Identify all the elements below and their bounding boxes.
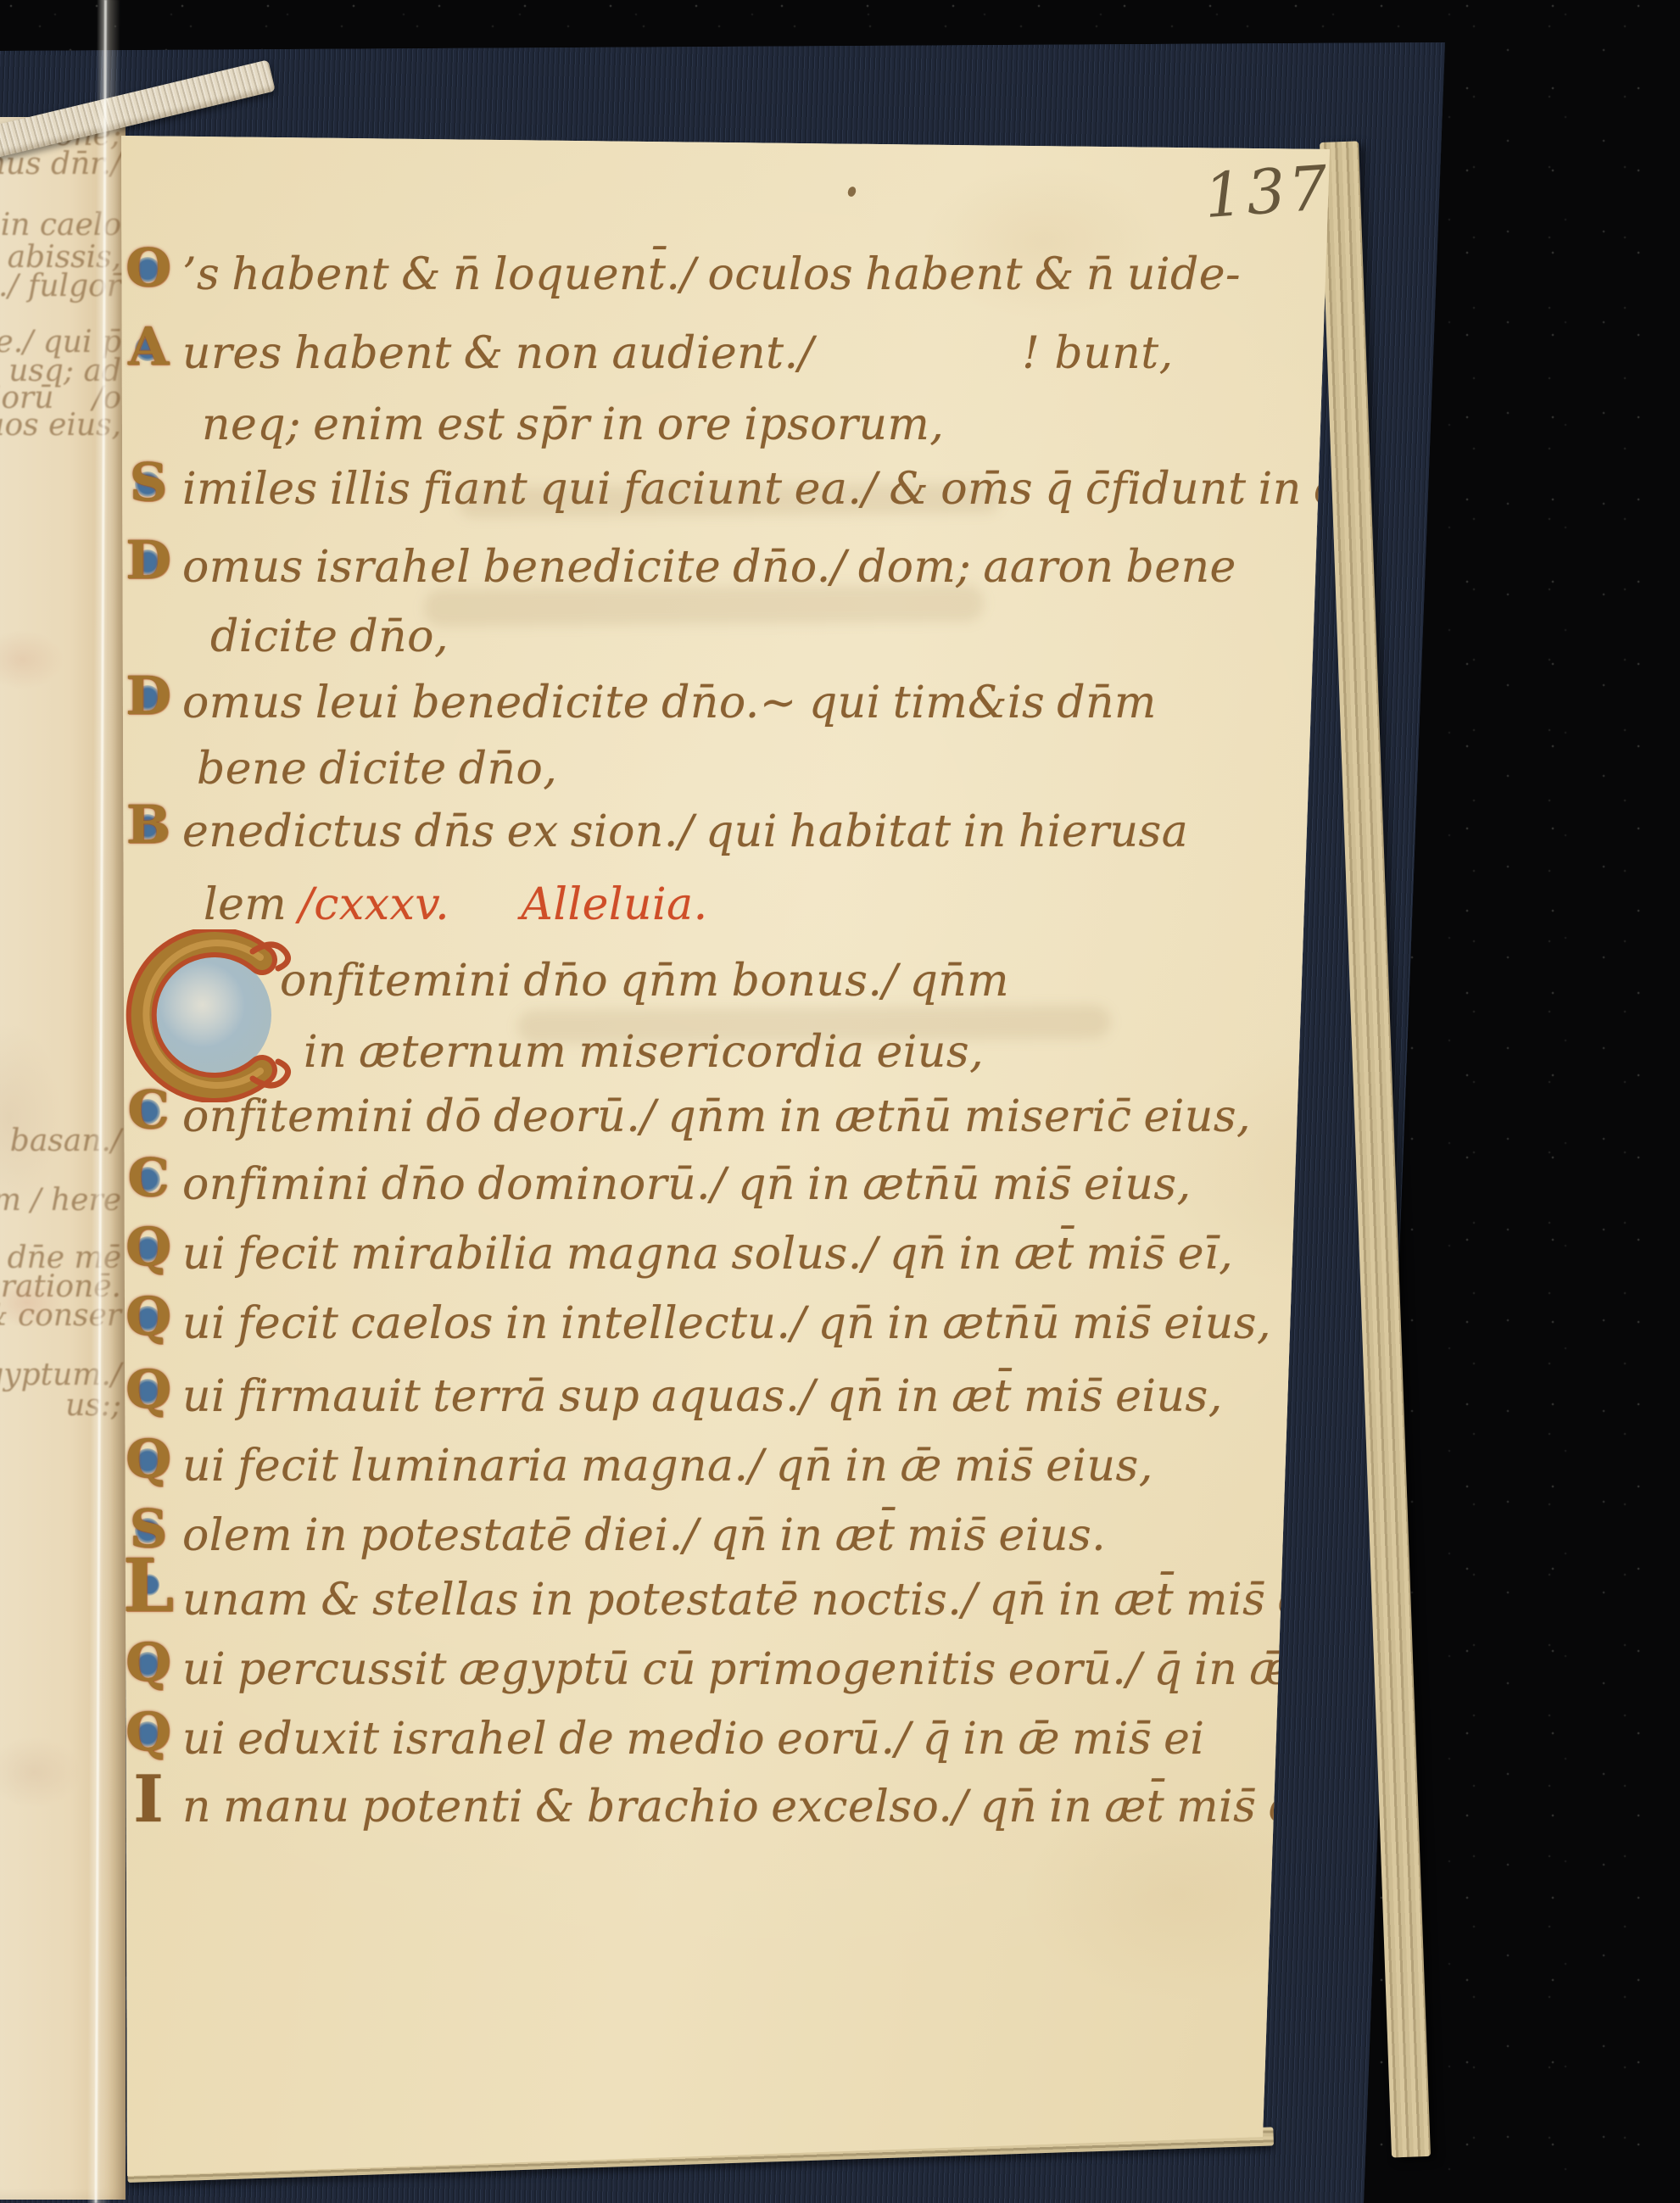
manuscript-line: n manu potenti & brachio excelso./ qn̄ i… xyxy=(182,1782,1324,1832)
manuscript-line: ui eduxit israhel de medio eorū./ q̄ in … xyxy=(182,1715,1205,1764)
folio-number: 137 xyxy=(1202,153,1333,230)
manuscript-line: ures habent & non audient./ xyxy=(182,329,814,378)
verse-text: ui eduxit israhel de medio eorū./ q̄ in … xyxy=(182,1714,1205,1765)
manuscript-line: neq; enim est sp̄r in ore ipsorum, xyxy=(202,400,944,449)
manuscript-line: ui percussit ægyptū cū primogenitis eorū… xyxy=(182,1645,1306,1694)
verse-text: ’s habent & n̄ loquent̄./ oculos habent … xyxy=(182,249,1241,300)
manuscript-line: ui fecit caelos in intellectu./ qn̄ in æ… xyxy=(182,1299,1271,1348)
verse-text: ui fecit caelos in intellectu./ qn̄ in æ… xyxy=(182,1298,1271,1349)
verse-text: lem xyxy=(204,879,299,930)
illuminated-initial: D xyxy=(120,668,176,728)
verse-text: unam & stellas in potestatē noctis./ qn̄… xyxy=(182,1575,1333,1626)
illuminated-initial: Q xyxy=(120,1704,176,1764)
verse-text: onfitemini dō deorū./ qn̄m in ætn̄ū mise… xyxy=(182,1091,1251,1142)
manuscript-line: ui fecit luminaria magna./ qn̄ in ǣ mis̄… xyxy=(182,1442,1153,1491)
illuminated-initial: D xyxy=(120,533,176,592)
manuscript-line: dicite dn̄o, xyxy=(210,612,449,661)
verse-text: neq; enim est sp̄r in ore ipsorum, xyxy=(202,399,944,450)
verse-text: imiles illis fiant qui faciunt ea./ & om… xyxy=(182,464,1392,515)
verse-text: ui firmauit terrā sup aquas./ qn̄ in æt̄… xyxy=(182,1371,1223,1422)
rubric-text: /cxxxv. xyxy=(299,879,449,930)
illuminated-initial: L xyxy=(120,1552,176,1611)
manuscript-line: enedictus dn̄s ex sion./ qui habitat in … xyxy=(182,807,1188,856)
manuscript-line: unam & stellas in potestatē noctis./ qn̄… xyxy=(182,1576,1333,1625)
illuminated-initial: O xyxy=(120,240,176,299)
verse-text: omus leui benedicite dn̄o.~ qui tim&is d… xyxy=(182,678,1157,728)
illuminated-initial: A xyxy=(120,319,176,378)
illuminated-initial: Q xyxy=(120,1635,176,1694)
verse-text xyxy=(449,879,521,930)
manuscript-line: olem in potestatē diei./ qn̄ in æt̄ mis̄… xyxy=(182,1511,1106,1560)
manuscript-line: onfitemini dn̄o qn̄m bonus./ qn̄m xyxy=(280,956,1009,1006)
manuscript-line: omus leui benedicite dn̄o.~ qui tim&is d… xyxy=(182,678,1157,728)
manuscript-line: in æternum misericordia eius, xyxy=(304,1028,984,1077)
manuscript-line: onfimini dn̄o dominorū./ qn̄ in ætn̄ū mi… xyxy=(182,1160,1192,1209)
verse-text: ures habent & non audient./ xyxy=(182,328,814,379)
manuscript-line: onfitemini dō deorū./ qn̄m in ætn̄ū mise… xyxy=(182,1092,1251,1141)
manuscript-line: ’s habent & n̄ loquent̄./ oculos habent … xyxy=(182,250,1241,299)
illuminated-initial: Q xyxy=(120,1431,176,1491)
manuscript-line: lem /cxxxv. Alleluia. xyxy=(204,880,708,929)
verse-text: onfitemini dn̄o qn̄m bonus./ qn̄m xyxy=(280,956,1009,1007)
manuscript-line: bene dicite dn̄o, xyxy=(197,745,557,794)
illuminated-initial: C xyxy=(120,1150,176,1209)
verse-text: bene dicite dn̄o, xyxy=(197,744,557,795)
manuscript-photo: rahel in possessionē;agnus dn̄r./dn̄s fe… xyxy=(0,0,1680,2203)
ink-speck xyxy=(846,186,857,198)
verse-text: ui fecit mirabilia magna solus./ qn̄ in … xyxy=(182,1229,1233,1280)
verse-text: in æternum misericordia eius, xyxy=(304,1027,984,1078)
illuminated-initial: Q xyxy=(120,1362,176,1421)
verse-text: omus israhel benedicite dn̄o./ dom; aaro… xyxy=(182,542,1236,593)
verse-text: ui percussit ægyptū cū primogenitis eorū… xyxy=(182,1644,1306,1695)
verse-text: olem in potestatē diei./ qn̄ in æt̄ mis̄… xyxy=(182,1510,1106,1561)
verse-text: dicite dn̄o, xyxy=(210,611,449,662)
line-continuation: ! bunt, xyxy=(1022,329,1174,378)
verse-text: n manu potenti & brachio excelso./ qn̄ i… xyxy=(182,1782,1324,1832)
verse-text: ui fecit luminaria magna./ qn̄ in ǣ mis̄… xyxy=(182,1441,1153,1492)
illuminated-initial: Q xyxy=(120,1219,176,1279)
illuminated-initial: S xyxy=(120,455,176,514)
manuscript-line: imiles illis fiant qui faciunt ea./ & om… xyxy=(182,465,1392,514)
manuscript-line: omus israhel benedicite dn̄o./ dom; aaro… xyxy=(182,543,1236,592)
manuscript-line: ui fecit mirabilia magna solus./ qn̄ in … xyxy=(182,1230,1233,1279)
illuminated-initial-c xyxy=(124,929,307,1102)
illuminated-initial: Q xyxy=(120,1289,176,1348)
illuminated-initial: C xyxy=(120,1082,176,1141)
illuminated-initial: I xyxy=(120,1767,176,1827)
manuscript-line: ui firmauit terrā sup aquas./ qn̄ in æt̄… xyxy=(182,1372,1223,1421)
illuminated-initial: B xyxy=(120,797,176,856)
verse-text: enedictus dn̄s ex sion./ qui habitat in … xyxy=(182,806,1188,857)
verse-text: onfimini dn̄o dominorū./ qn̄ in ætn̄ū mi… xyxy=(182,1159,1192,1210)
rubric-text: Alleluia. xyxy=(521,879,707,930)
